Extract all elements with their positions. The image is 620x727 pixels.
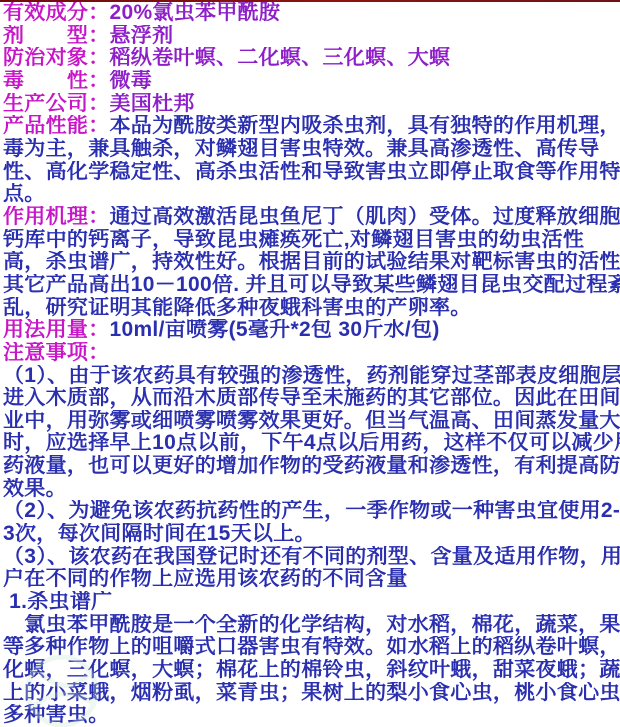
field-label: 产品性能： [3, 115, 110, 137]
field-text: 3次，每次间隔时间在15天以上。 [3, 523, 316, 545]
field-text: 多种害虫。 [3, 704, 110, 726]
field-text: 1.杀虫谱广 [3, 591, 112, 613]
field-text: 业中，用弥雾或细喷雾喷雾效果更好。但当气温高、田间蒸发量大 [3, 410, 620, 432]
field-text: 美国杜邦 [110, 93, 195, 115]
field-label: 防治对象： [3, 47, 110, 69]
field-text: 化螟，三化螟，大螟；棉花上的棉铃虫，斜纹叶蛾，甜菜夜蛾；蔬菜 [3, 659, 620, 681]
field-label: 用法用量： [3, 319, 110, 341]
field-text: 效果。 [3, 478, 67, 500]
text-line: 上的小菜蛾，烟粉虱，菜青虫；果树上的梨小食心虫，桃小食心虫等 [0, 682, 620, 705]
field-label: 剂 型： [3, 25, 110, 47]
text-line: 毒为主，兼具触杀，对鳞翅目害虫特效。兼具高渗透性、高传导 [0, 138, 620, 161]
field-text: 微毒 [110, 70, 153, 92]
text-line: 户在不同的作物上应选用该农药的不同含量 [0, 568, 620, 591]
field-toxicity: 毒 性：微毒 [0, 70, 620, 93]
field-label: 注意事项： [3, 342, 110, 364]
field-text: 稻纵卷叶螟、二化螟、三化螟、大螟 [110, 47, 451, 69]
field-control-targets: 防治对象：稻纵卷叶螟、二化螟、三化螟、大螟 [0, 47, 620, 70]
field-text: 其它产品高出10－100倍. 并且可以导致某些鳞翅目昆虫交配过程紊 [3, 274, 620, 296]
field-text: 点。 [3, 183, 46, 205]
field-text: 药液量，也可以更好的增加作物的受药液量和渗透性，有利提高防治 [3, 455, 620, 477]
field-text: 本品为酰胺类新型内吸杀虫剂，具有独特的作用机理，胃 [110, 115, 620, 137]
text-line: 乱，研究证明其能降低多种夜蛾科害虫的产卵率。 [0, 297, 620, 320]
field-text: 20%氯虫苯甲酰胺 [110, 2, 281, 24]
field-text: 10ml/亩喷雾(5毫升*2包 30斤水/包) [110, 319, 440, 341]
section-precautions: 注意事项： [0, 342, 620, 365]
text-line: 钙库中的钙离子，导致昆虫瘫痪死亡,对鳞翅目害虫的幼虫活性 [0, 229, 620, 252]
text-line: 业中，用弥雾或细喷雾喷雾效果更好。但当气温高、田间蒸发量大 [0, 410, 620, 433]
field-label: 毒 性： [3, 70, 110, 92]
field-text: 高，杀虫谱广，持效性好。根据目前的试验结果对靶标害虫的活性比 [3, 251, 620, 273]
text-line: 其它产品高出10－100倍. 并且可以导致某些鳞翅目昆虫交配过程紊 [0, 274, 620, 297]
field-text: 等多种作物上的咀嚼式口器害虫有特效。如水稻上的稻纵卷叶螟，二 [3, 636, 620, 658]
document-lines: 有效成分：20%氯虫苯甲酰胺剂 型：悬浮剂防治对象：稻纵卷叶螟、二化螟、三化螟、… [0, 2, 620, 727]
field-text: （2）、为避免该农药抗药性的产生，一季作物或一种害虫宜使用2- [3, 500, 620, 522]
subsection-broad-spectrum: 1.杀虫谱广 [0, 591, 620, 614]
field-text: 性、高化学稳定性、高杀虫活性和导致害虫立即停止取食等作用特 [3, 161, 620, 183]
field-text: 进入木质部，从而沿木质部传导至未施药的其它部位。因此在田间作 [3, 387, 620, 409]
field-label: 有效成分： [3, 2, 110, 24]
text-line: （1）、由于该农药具有较强的渗透性，药剂能穿过茎部表皮细胞层 [0, 365, 620, 388]
field-text: 上的小菜蛾，烟粉虱，菜青虫；果树上的梨小食心虫，桃小食心虫等 [3, 682, 620, 704]
text-line: 进入木质部，从而沿木质部传导至未施药的其它部位。因此在田间作 [0, 387, 620, 410]
text-line: （2）、为避免该农药抗药性的产生，一季作物或一种害虫宜使用2- [0, 500, 620, 523]
text-line: 化螟，三化螟，大螟；棉花上的棉铃虫，斜纹叶蛾，甜菜夜蛾；蔬菜 [0, 659, 620, 682]
text-line: 3次，每次间隔时间在15天以上。 [0, 523, 620, 546]
section-dosage: 用法用量：10ml/亩喷雾(5毫升*2包 30斤水/包) [0, 319, 620, 342]
field-formulation: 剂 型：悬浮剂 [0, 25, 620, 48]
field-text: 户在不同的作物上应选用该农药的不同含量 [3, 568, 408, 590]
field-label: 作用机理： [3, 206, 110, 228]
text-line: 多种害虫。 [0, 704, 620, 727]
field-text: 毒为主，兼具触杀，对鳞翅目害虫特效。兼具高渗透性、高传导 [3, 138, 599, 160]
text-line: 时，应选择早上10点以前，下午4点以后用药，这样不仅可以减少用 [0, 432, 620, 455]
section-mode-of-action: 作用机理：通过高效激活昆虫鱼尼丁（肌肉）受体。过度释放细胞内 [0, 206, 620, 229]
field-text: （3）、该农药在我国登记时还有不同的剂型、含量及适用作物，用 [3, 546, 620, 568]
field-text: 钙库中的钙离子，导致昆虫瘫痪死亡,对鳞翅目害虫的幼虫活性 [3, 229, 584, 251]
field-text: （1）、由于该农药具有较强的渗透性，药剂能穿过茎部表皮细胞层 [3, 365, 620, 387]
text-line: 等多种作物上的咀嚼式口器害虫有特效。如水稻上的稻纵卷叶螟，二 [0, 636, 620, 659]
text-line: 高，杀虫谱广，持效性好。根据目前的试验结果对靶标害虫的活性比 [0, 251, 620, 274]
pesticide-info-document: 有效成分：20%氯虫苯甲酰胺剂 型：悬浮剂防治对象：稻纵卷叶螟、二化螟、三化螟、… [0, 2, 620, 727]
field-active-ingredient: 有效成分：20%氯虫苯甲酰胺 [0, 2, 620, 25]
text-line: 性、高化学稳定性、高杀虫活性和导致害虫立即停止取食等作用特 [0, 161, 620, 184]
section-product-performance: 产品性能：本品为酰胺类新型内吸杀虫剂，具有独特的作用机理，胃 [0, 115, 620, 138]
field-text: 氯虫苯甲酰胺是一个全新的化学结构，对水稻，棉花，蔬菜，果树 [3, 614, 620, 636]
field-text: 通过高效激活昆虫鱼尼丁（肌肉）受体。过度释放细胞内 [110, 206, 620, 228]
text-line: （3）、该农药在我国登记时还有不同的剂型、含量及适用作物，用 [0, 546, 620, 569]
text-line: 氯虫苯甲酰胺是一个全新的化学结构，对水稻，棉花，蔬菜，果树 [0, 614, 620, 637]
field-label: 生产公司： [3, 93, 110, 115]
text-line: 效果。 [0, 478, 620, 501]
text-line: 药液量，也可以更好的增加作物的受药液量和渗透性，有利提高防治 [0, 455, 620, 478]
field-text: 时，应选择早上10点以前，下午4点以后用药，这样不仅可以减少用 [3, 432, 620, 454]
field-text: 乱，研究证明其能降低多种夜蛾科害虫的产卵率。 [3, 297, 472, 319]
text-line: 点。 [0, 183, 620, 206]
field-text: 悬浮剂 [110, 25, 174, 47]
field-manufacturer: 生产公司：美国杜邦 [0, 93, 620, 116]
